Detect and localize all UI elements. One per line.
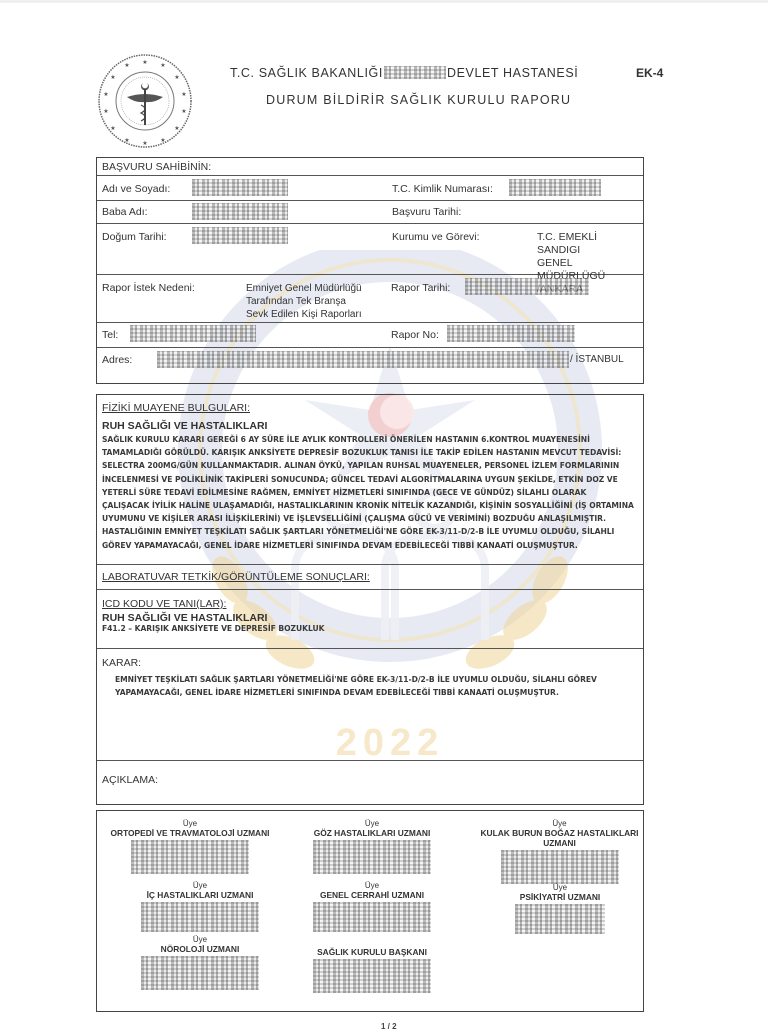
icd-diagnosis: F41.2 – KARIŞIK ANKSİYETE VE DEPRESİF BO… — [102, 622, 324, 635]
tc-id-label: T.C. Kimlik Numarası: — [392, 183, 493, 195]
birth-date-label: Doğum Tarihi: — [102, 231, 167, 243]
institution-label: Kurumu ve Görevi: — [392, 231, 480, 243]
signature-title: NÖROLOJİ UZMANI — [115, 944, 285, 954]
name-value-redacted — [192, 179, 288, 196]
medical-report-table: FİZİKİ MUAYENE BULGULARI: RUH SAĞLIĞI VE… — [96, 394, 644, 805]
physical-findings-section: FİZİKİ MUAYENE BULGULARI: RUH SAĞLIĞI VE… — [97, 395, 643, 565]
signature-role: Üye — [287, 819, 457, 828]
signature-internal-medicine: Üye İÇ HASTALIKLARI UZMANI — [115, 881, 285, 932]
signature-redacted — [141, 902, 259, 932]
findings-line: UYUMUNU VE KİŞİLER ARASI İLİŞKİLERİNİ) V… — [102, 512, 642, 525]
icd-section: ICD KODU VE TANI(LAR): RUH SAĞLIĞI VE HA… — [97, 590, 643, 649]
report-no-label: Rapor No: — [391, 329, 439, 341]
findings-line: YETERLİ SÜRE TEDAVİ EDİLMESİNE RAĞMEN, E… — [102, 486, 642, 499]
request-reason-value: Emniyet Genel Müdürlüğü Tarafından Tek B… — [246, 282, 362, 321]
svg-text:★: ★ — [174, 125, 179, 132]
signature-title: GENEL CERRAHİ UZMANI — [287, 890, 457, 900]
tc-id-value-redacted — [509, 179, 601, 196]
ministry-of-health-seal-icon: ★★★ ★★★★ ★★★★ ★★★ — [97, 53, 193, 149]
lab-results-section: LABORATUVAR TETKİK/GÖRÜNTÜLEME SONUÇLARI… — [97, 565, 643, 590]
findings-text: SAĞLIK KURULU KARARI GEREĞİ 6 AY SÜRE İL… — [102, 433, 642, 552]
ministry-title: T.C. SAĞLIK BAKANLIĞIDEVLET HASTANESİ — [230, 66, 578, 80]
explanation-section: AÇIKLAMA: — [97, 761, 643, 798]
decision-text: EMNİYET TEŞKİLATI SAĞLIK ŞARTLARI YÖNETM… — [115, 673, 635, 699]
tel-label: Tel: — [102, 329, 118, 341]
svg-text:★: ★ — [181, 108, 186, 115]
decision-title: KARAR: — [102, 657, 141, 669]
findings-line: TAMAMLADIĞI GÖRÜLDÜ. KARIŞIK ANKSİYETE D… — [102, 446, 642, 459]
explanation-title: AÇIKLAMA: — [102, 774, 158, 786]
application-date-label: Başvuru Tarihi: — [392, 206, 461, 218]
findings-line: SAĞLIK KURULU KARARI GEREĞİ 6 AY SÜRE İL… — [102, 433, 642, 446]
request-reason-label: Rapor İstek Nedeni: — [102, 282, 195, 294]
signature-role: Üye — [105, 819, 275, 828]
signature-redacted — [131, 840, 249, 874]
lab-title: LABORATUVAR TETKİK/GÖRÜNTÜLEME SONUÇLARI… — [102, 571, 370, 583]
svg-text:★: ★ — [160, 137, 165, 144]
signature-role: Üye — [477, 819, 642, 828]
findings-line: SELECTRA 200MG/GÜN KULLANMAKTADIR. ALINA… — [102, 459, 642, 472]
signature-title: GÖZ HASTALIKLARI UZMANI — [287, 828, 457, 838]
birth-date-value-redacted — [192, 227, 288, 244]
svg-text:★: ★ — [124, 137, 129, 144]
signature-orthopedics: Üye ORTOPEDİ VE TRAVMATOLOJİ UZMANI — [105, 819, 275, 874]
address-value-redacted — [157, 351, 569, 368]
svg-text:★: ★ — [124, 62, 129, 69]
applicant-info-table: BAŞVURU SAHİBİNİN: Adı ve Soyadı: T.C. K… — [96, 157, 644, 384]
name-label: Adı ve Soyadı: — [102, 183, 170, 195]
request-reason-line: Sevk Edilen Kişi Raporları — [246, 308, 362, 321]
scan-top-edge — [0, 0, 768, 3]
hospital-suffix: DEVLET HASTANESİ — [447, 66, 578, 80]
signature-role: Üye — [287, 881, 457, 890]
signature-redacted — [313, 902, 431, 932]
svg-text:★: ★ — [110, 125, 115, 132]
report-title: DURUM BİLDİRİR SAĞLIK KURULU RAPORU — [266, 93, 571, 107]
father-name-value-redacted — [192, 203, 288, 220]
signature-role: Üye — [115, 881, 285, 890]
signature-redacted — [515, 904, 605, 934]
findings-department: RUH SAĞLIĞI VE HASTALIKLARI — [102, 420, 267, 432]
icd-title: ICD KODU VE TANI(LAR): — [102, 598, 226, 610]
report-no-value-redacted — [447, 325, 575, 342]
svg-text:★: ★ — [174, 74, 179, 81]
committee-signatures: Üye ORTOPEDİ VE TRAVMATOLOJİ UZMANI Üye … — [96, 810, 644, 1012]
findings-line: GÖREV YAPAMAYACAĞI, GENEL İDARE HİZMETLE… — [102, 539, 642, 552]
signature-redacted — [313, 959, 431, 993]
decision-line: YAPAMAYACAĞI, GENEL İDARE HİZMETLERİ SIN… — [115, 686, 635, 699]
signature-redacted — [501, 850, 619, 884]
page-number: 1 / 2 — [381, 1022, 397, 1031]
findings-title: FİZİKİ MUAYENE BULGULARI: — [102, 402, 250, 414]
report-date-value-redacted — [465, 278, 589, 295]
decision-line: EMNİYET TEŞKİLATI SAĞLIK ŞARTLARI YÖNETM… — [115, 673, 635, 686]
svg-text:★: ★ — [181, 91, 186, 98]
svg-text:★: ★ — [142, 59, 147, 66]
applicant-section-title: BAŞVURU SAHİBİNİN: — [102, 161, 211, 173]
ministry-name: T.C. SAĞLIK BAKANLIĞI — [230, 66, 383, 80]
father-name-label: Baba Adı: — [102, 206, 148, 218]
findings-line: İNCELENMESİ VE POLİKLİNİK TAKİPLERİ SONU… — [102, 473, 642, 486]
svg-text:★: ★ — [103, 108, 108, 115]
signature-title: KULAK BURUN BOĞAZ HASTALIKLARI UZMANI — [477, 828, 642, 848]
report-date-label: Rapor Tarihi: — [391, 282, 450, 294]
signature-title: İÇ HASTALIKLARI UZMANI — [115, 890, 285, 900]
signature-redacted — [141, 956, 259, 990]
signature-neurology: Üye NÖROLOJİ UZMANI — [115, 935, 285, 990]
request-reason-line: Emniyet Genel Müdürlüğü — [246, 282, 362, 295]
svg-text:★: ★ — [142, 140, 147, 147]
signature-role: Üye — [115, 935, 285, 944]
svg-text:★: ★ — [103, 91, 108, 98]
signature-title: ORTOPEDİ VE TRAVMATOLOJİ UZMANI — [105, 828, 275, 838]
signature-title: PSİKİYATRİ UZMANI — [480, 892, 640, 902]
svg-text:★: ★ — [110, 74, 115, 81]
signature-general-surgery: Üye GENEL CERRAHİ UZMANI — [287, 881, 457, 932]
address-city: / İSTANBUL — [570, 354, 624, 365]
signature-psychiatry: Üye PSİKİYATRİ UZMANI — [480, 883, 640, 934]
tel-value-redacted — [130, 325, 256, 342]
findings-line: ÇALIŞACAK İYİLİK HALİNE ULAŞAMADIĞI, HAS… — [102, 499, 642, 512]
signature-role: Üye — [480, 883, 640, 892]
findings-line: HASTALIĞININ EMNİYET TEŞKİLATI SAĞLIK ŞA… — [102, 525, 642, 538]
signature-ophthalmology: Üye GÖZ HASTALIKLARI UZMANI — [287, 819, 457, 874]
request-reason-line: Tarafından Tek Branşa — [246, 295, 362, 308]
signature-ent: Üye KULAK BURUN BOĞAZ HASTALIKLARI UZMAN… — [477, 819, 642, 884]
form-code: EK-4 — [636, 66, 663, 80]
address-label: Adres: — [102, 354, 132, 366]
institution-line: T.C. EMEKLİ SANDIGI — [537, 231, 643, 257]
decision-section: KARAR: EMNİYET TEŞKİLATI SAĞLIK ŞARTLARI… — [97, 649, 643, 761]
redacted-hospital-name — [384, 66, 446, 79]
signature-committee-chair: SAĞLIK KURULU BAŞKANI — [287, 947, 457, 993]
svg-text:★: ★ — [160, 62, 165, 69]
signature-redacted — [313, 840, 431, 874]
signature-title: SAĞLIK KURULU BAŞKANI — [287, 947, 457, 957]
